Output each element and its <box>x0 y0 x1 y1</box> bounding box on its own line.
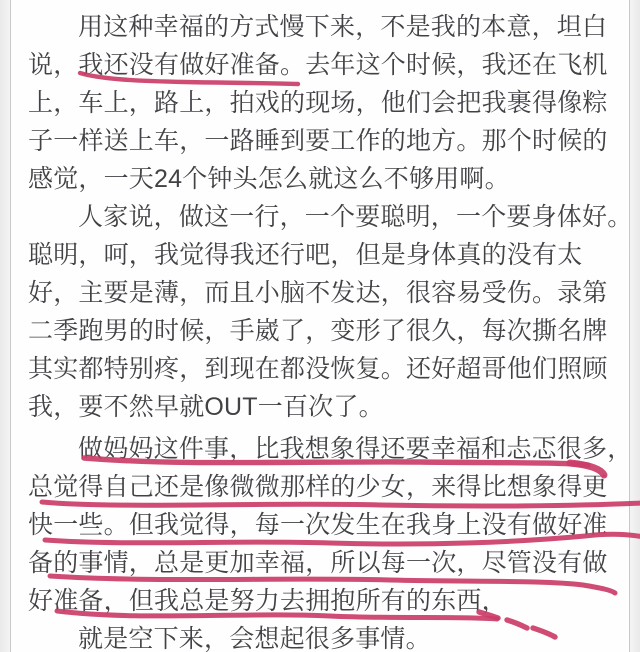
text-line: 快一些。但我觉得，每一次发生在我身上没有做好准 <box>28 506 618 544</box>
text-line: 感觉，一天24个钟头怎么就这么不够用啊。 <box>28 160 618 198</box>
page-edge-left <box>0 0 10 652</box>
text-line: 聪明，呵，我觉得我还行吧，但是身体真的没有太 <box>28 236 618 274</box>
text-line: 说，我还没有做好准备。去年这个时候，我还在飞机 <box>28 46 618 84</box>
text-line: 上，车上，路上，拍戏的现场，他们会把我裹得像粽 <box>28 84 618 122</box>
text-line: 好，主要是薄，而且小脑不发达，很容易受伤。录第 <box>28 274 618 312</box>
text-line: 我，要不然早就OUT一百次了。 <box>28 388 618 426</box>
article-page: 用这种幸福的方式慢下来，不是我的本意，坦白 说，我还没有做好准备。去年这个时候，… <box>10 0 630 652</box>
text-line: 子一样送上车，一路睡到要工作的地方。那个时候的 <box>28 122 618 160</box>
text-line: 其实都特别疼，到现在都没恢复。还好超哥他们照顾 <box>28 350 618 388</box>
text-line: 好准备，但我总是努力去拥抱所有的东西， <box>28 582 618 620</box>
page-edge-right <box>631 0 640 652</box>
article-text: 用这种幸福的方式慢下来，不是我的本意，坦白 说，我还没有做好准备。去年这个时候，… <box>28 8 618 652</box>
text-line: 备的事情，总是更加幸福，所以每一次，尽管没有做 <box>28 544 618 582</box>
text-line: 二季跑男的时候，手崴了，变形了很久，每次撕名牌 <box>28 312 618 350</box>
text-line: 就是空下来，会想起很多事情。 <box>28 620 618 652</box>
text-line: 总觉得自己还是像微微那样的少女，来得比想象得更 <box>28 468 618 506</box>
text-line: 人家说，做这一行，一个要聪明，一个要身体好。 <box>28 198 618 236</box>
text-line: 用这种幸福的方式慢下来，不是我的本意，坦白 <box>28 8 618 46</box>
text-line: 做妈妈这件事，比我想象得还要幸福和忐忑很多， <box>28 430 618 468</box>
